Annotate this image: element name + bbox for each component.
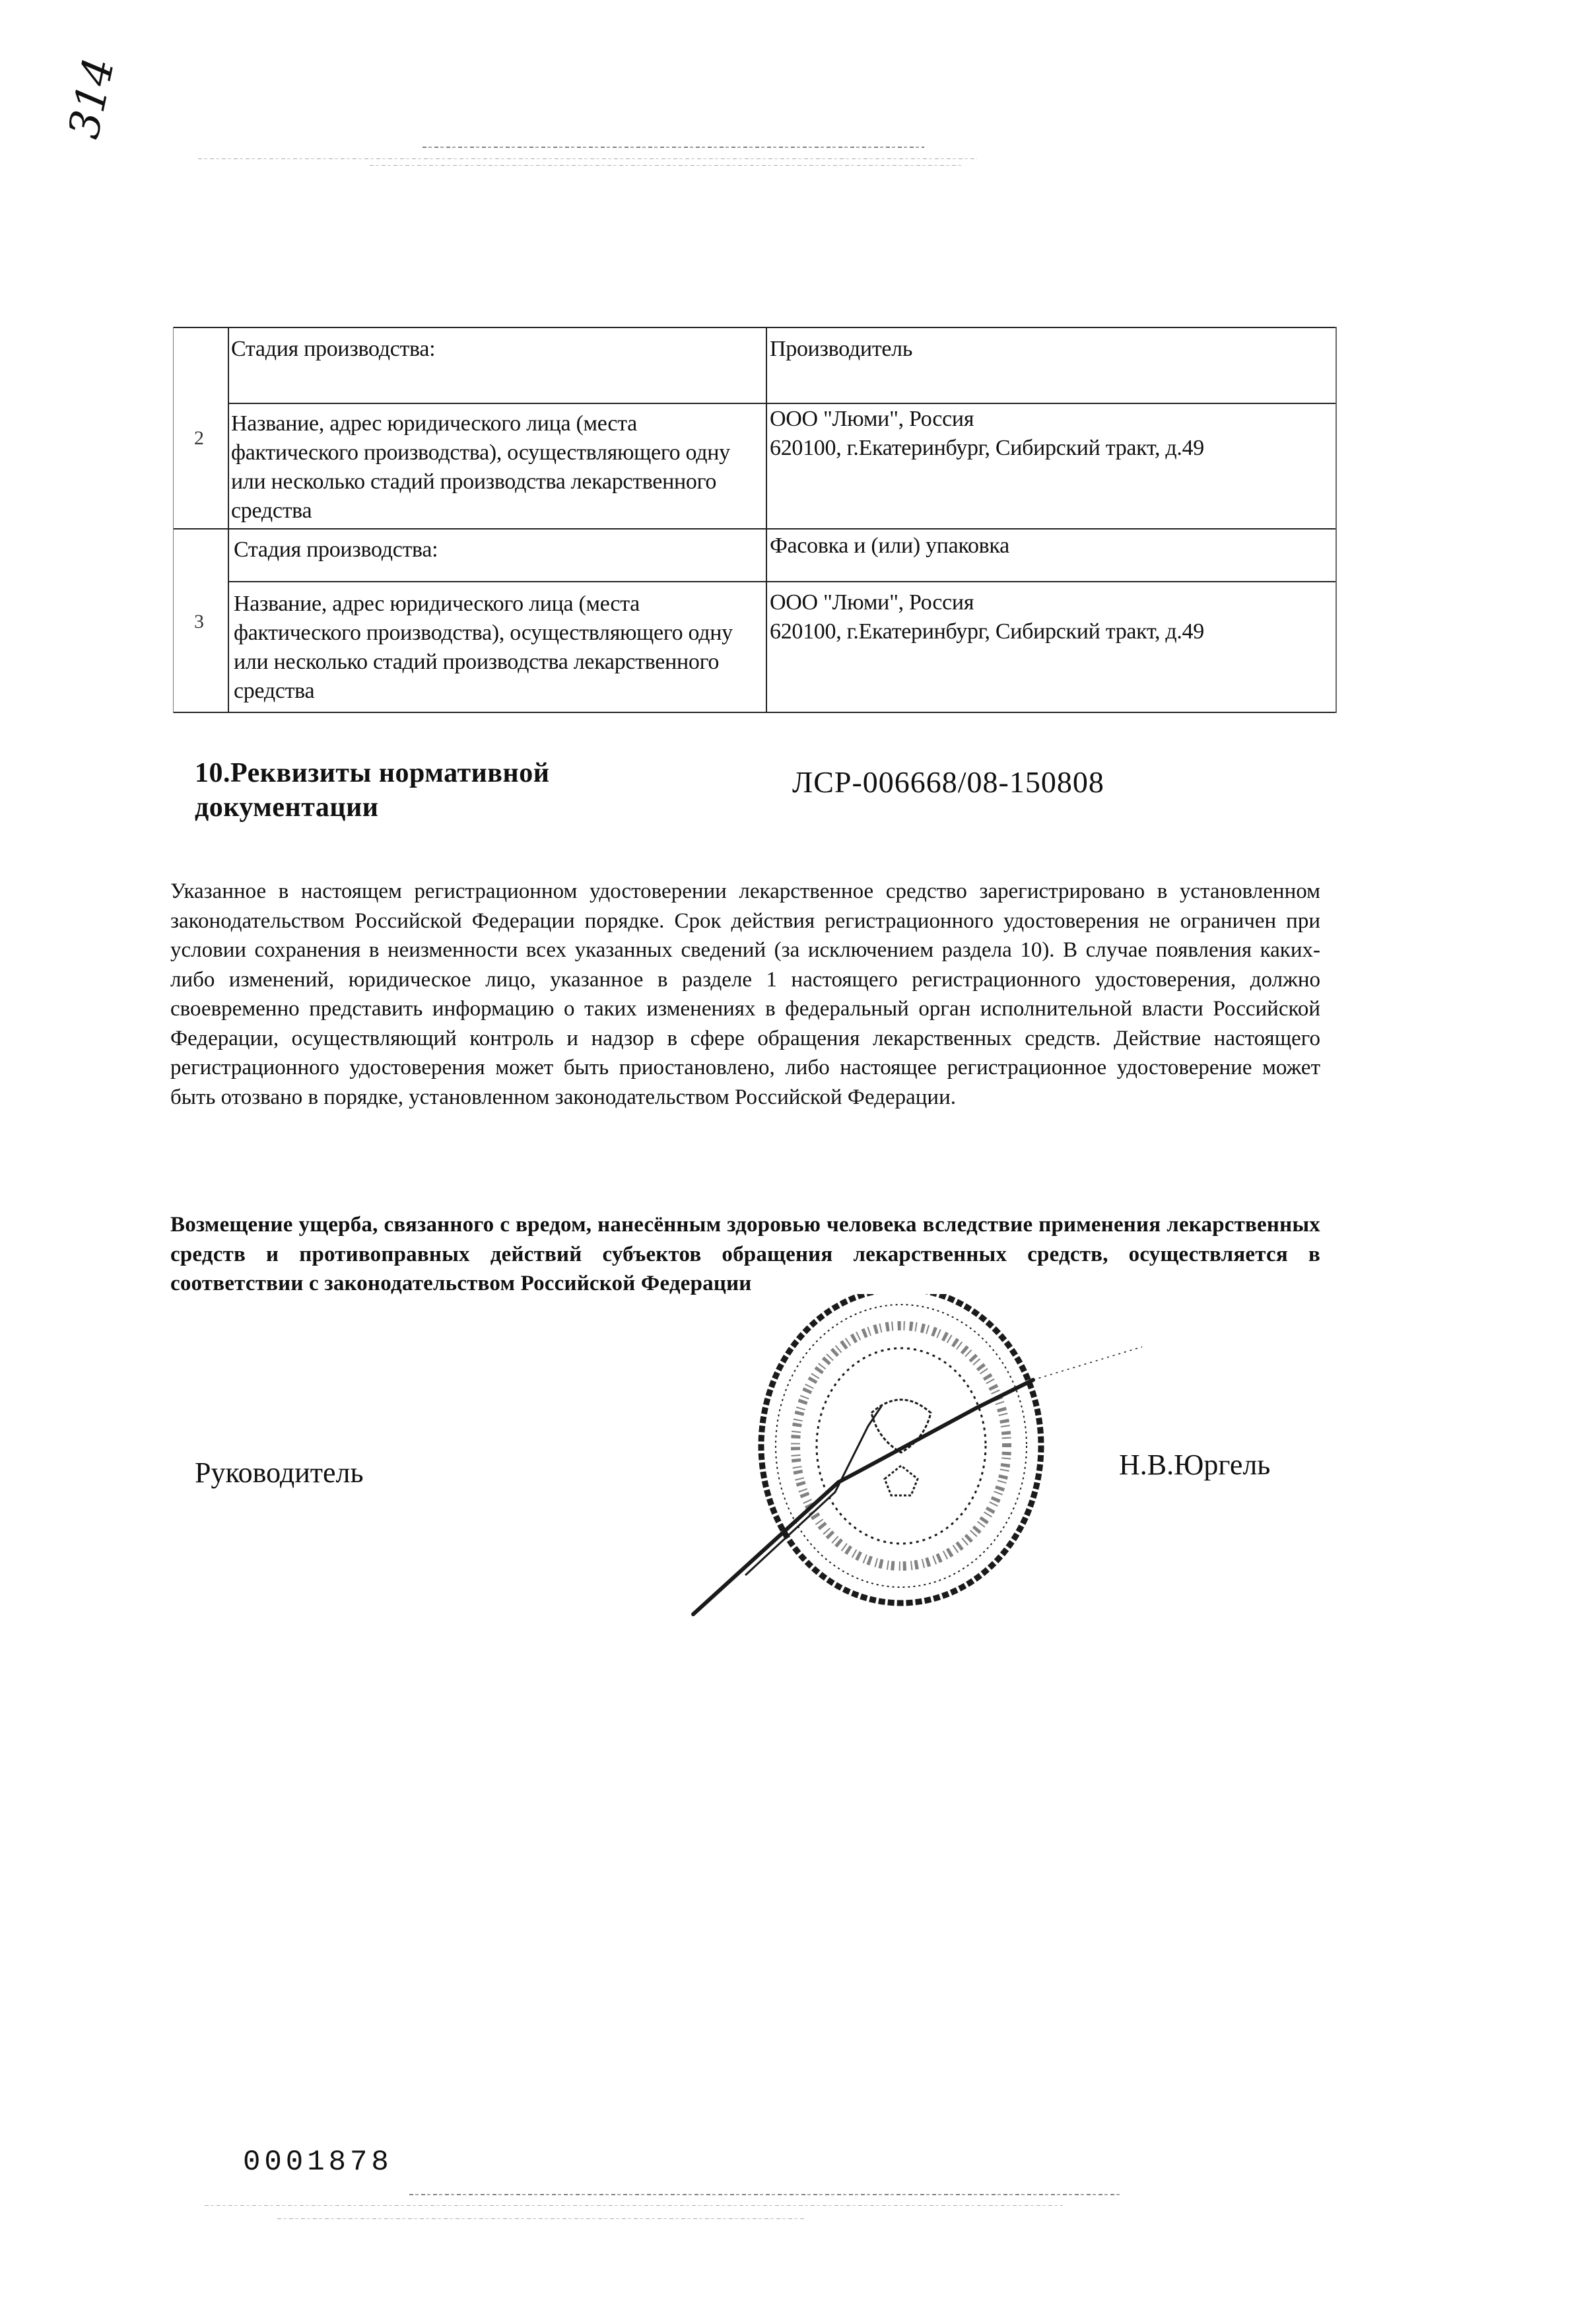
stage-value: Фасовка и (или) упаковка [770, 531, 1331, 561]
legal-entity-address: 620100, г.Екатеринбург, Сибирский тракт,… [770, 617, 1331, 646]
scan-artifact-bottom [409, 2194, 1122, 2195]
section-10-heading-line2: документации [195, 790, 549, 825]
section-10-heading: 10.Реквизиты нормативной документации [195, 756, 549, 825]
scan-artifact-bottom-3 [277, 2218, 805, 2219]
stage-label: Стадия производства: [231, 335, 759, 364]
form-serial-number: 0001878 [243, 2146, 393, 2179]
legal-entity-label: Название, адрес юридического лица (места… [234, 590, 755, 706]
scan-artifact-top [423, 147, 924, 148]
stage-value: Производитель [770, 335, 1331, 364]
scan-artifact-top-2 [198, 158, 977, 159]
compensation-paragraph: Возмещение ущерба, связанного с вредом, … [170, 1210, 1320, 1299]
registration-number: ЛСР-006668/08-150808 [792, 765, 1104, 800]
manufacturing-stages-table: 2 Стадия производства: Производитель Наз… [173, 327, 1337, 713]
legal-entity-label: Название, адрес юридического лица (места… [231, 409, 753, 526]
page-mark-text: 314 [59, 53, 124, 143]
official-seal-icon [673, 1294, 1149, 1624]
stage-label: Стадия производства: [234, 535, 762, 564]
legal-entity-name: ООО "Люми", Россия [770, 588, 1331, 617]
row-number: 3 [194, 611, 204, 633]
section-10-heading-line1: 10.Реквизиты нормативной [195, 756, 549, 790]
legal-entity-name: ООО "Люми", Россия [770, 405, 1331, 434]
scan-artifact-bottom-2 [205, 2205, 1063, 2206]
handwritten-page-mark: 314 [73, 57, 137, 146]
row-number: 2 [194, 427, 204, 450]
validity-paragraph: Указанное в настоящем регистрационном уд… [170, 877, 1320, 1112]
signatory-title: Руководитель [195, 1456, 364, 1489]
legal-entity-address: 620100, г.Екатеринбург, Сибирский тракт,… [770, 434, 1331, 463]
scan-artifact-top-3 [370, 165, 964, 166]
